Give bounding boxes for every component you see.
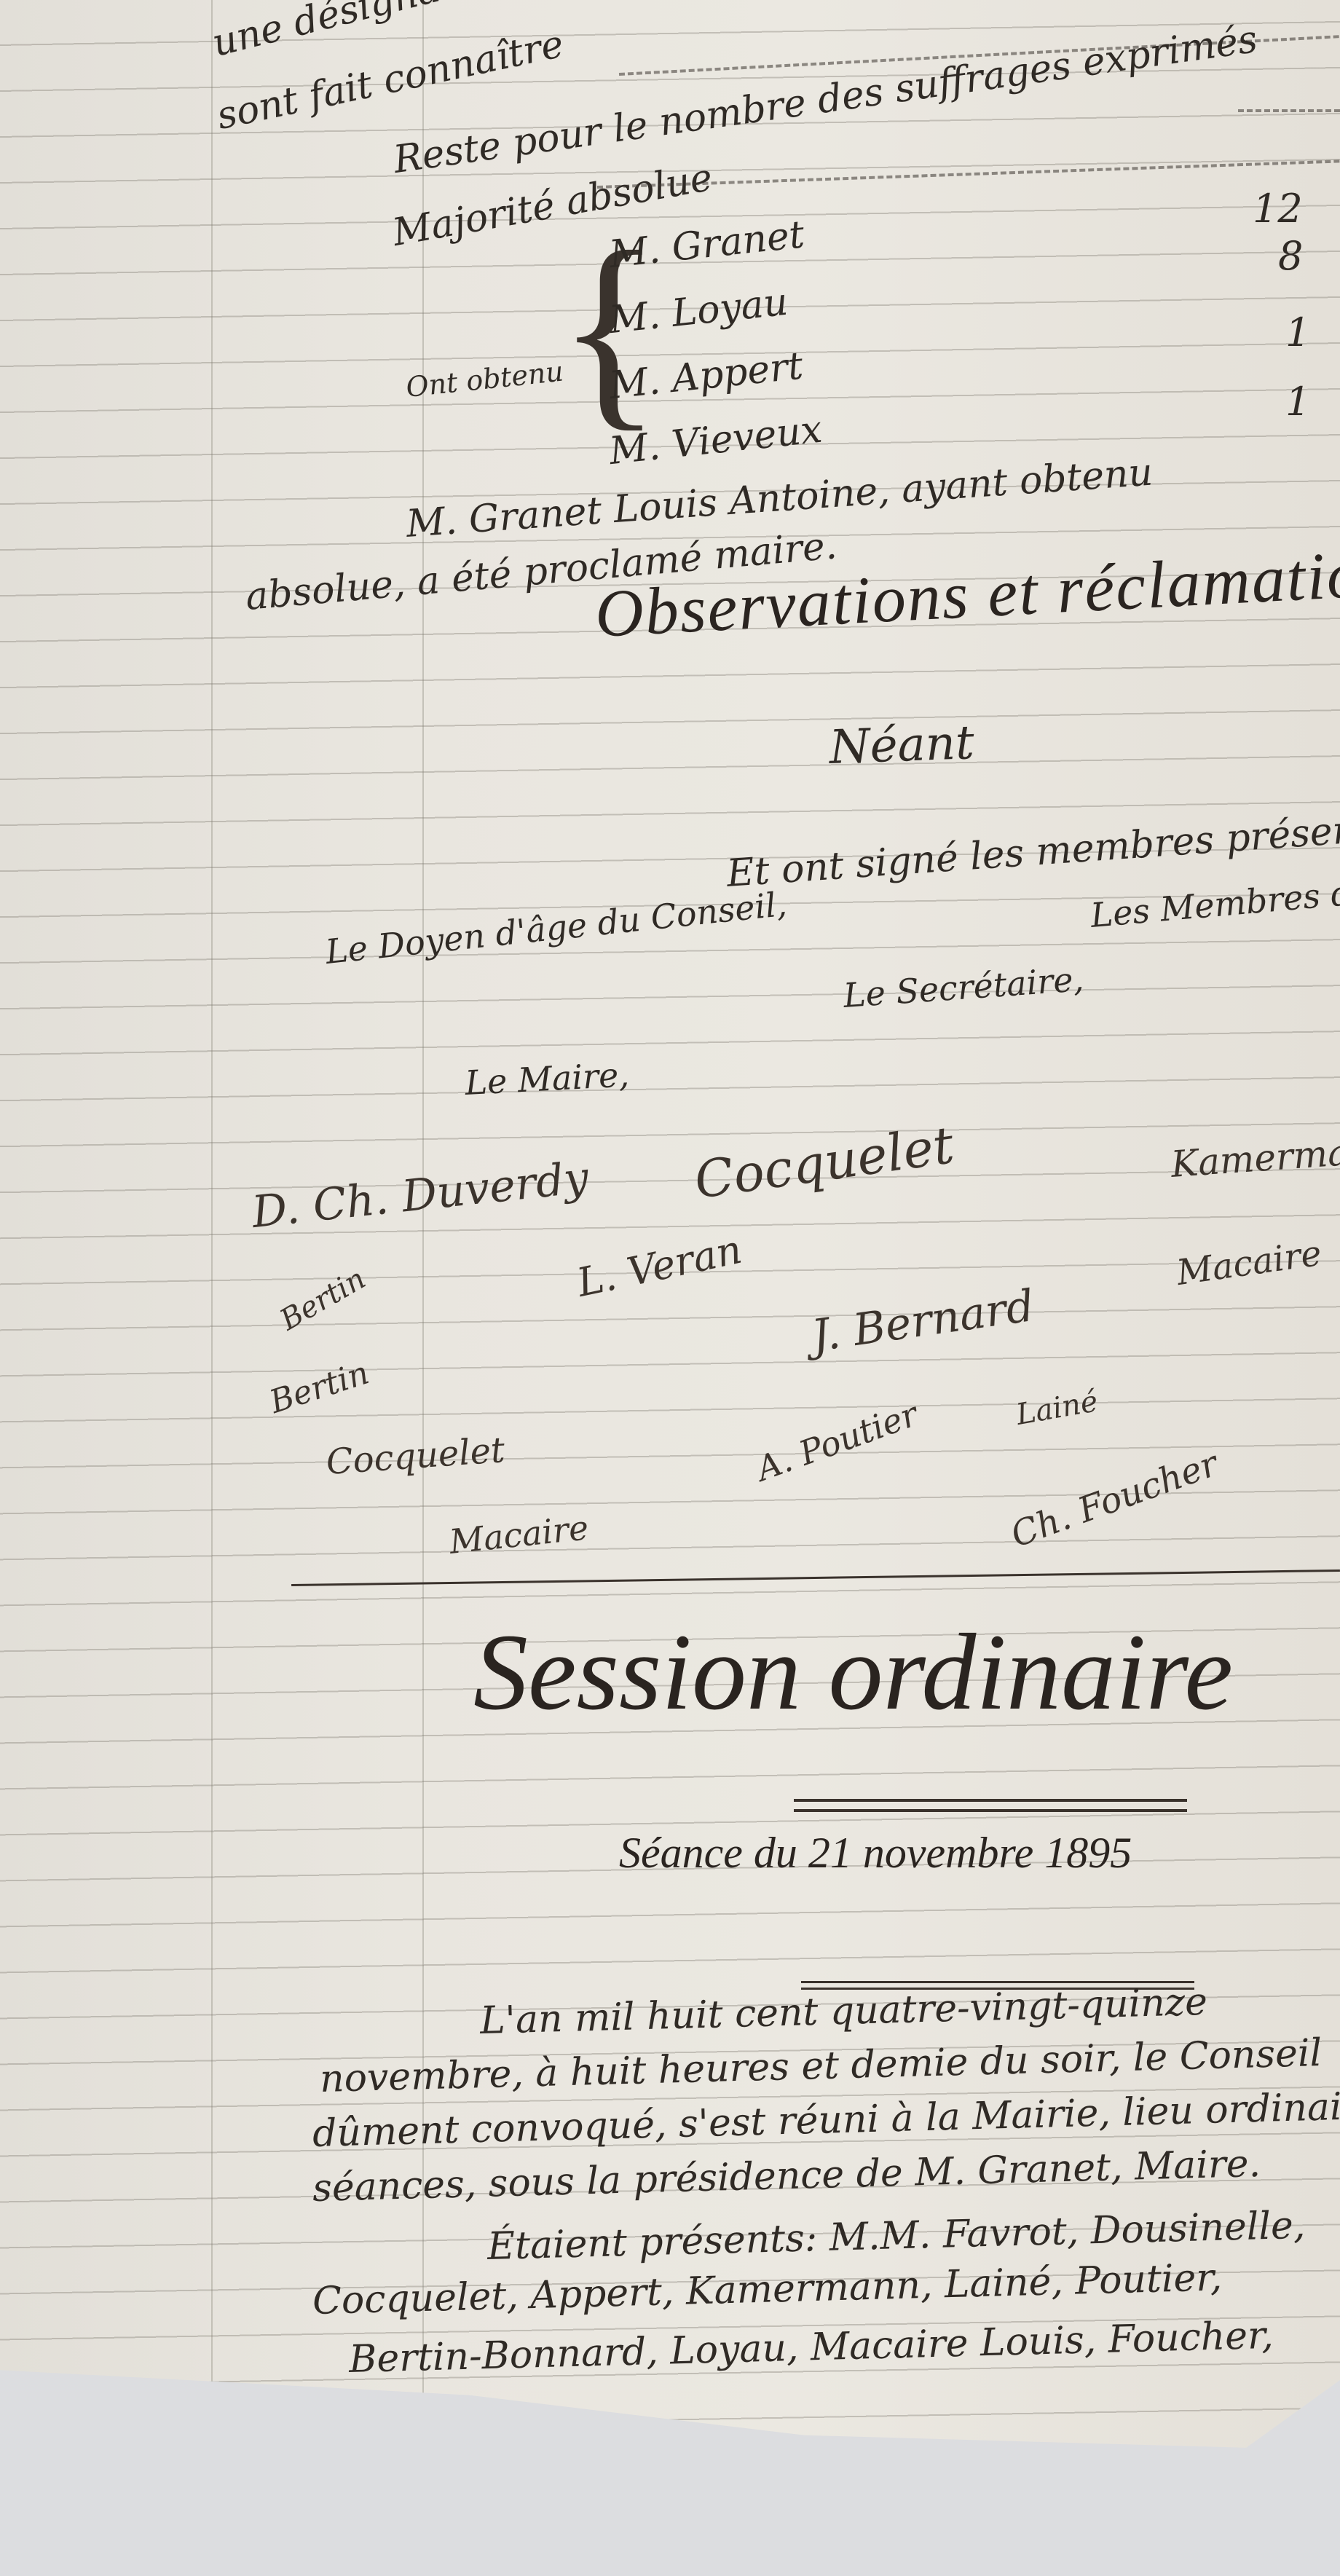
candidate-votes: 1 xyxy=(1285,310,1310,355)
title-underline xyxy=(794,1799,1187,1812)
seance-date: Séance du 21 novembre 1895 xyxy=(619,1828,1132,1878)
register-page: une désignation suffisante, sont fait co… xyxy=(0,0,1340,2505)
candidate-votes: 1 xyxy=(1285,379,1310,425)
candidate-votes: 8 xyxy=(1278,233,1303,279)
margin-line-left xyxy=(211,0,213,2403)
session-title: Session ordinaire xyxy=(473,1610,1233,1735)
observations-value: Néant xyxy=(828,716,974,775)
candidate-votes: 12 xyxy=(1253,186,1303,232)
dash-leader xyxy=(1238,109,1340,112)
